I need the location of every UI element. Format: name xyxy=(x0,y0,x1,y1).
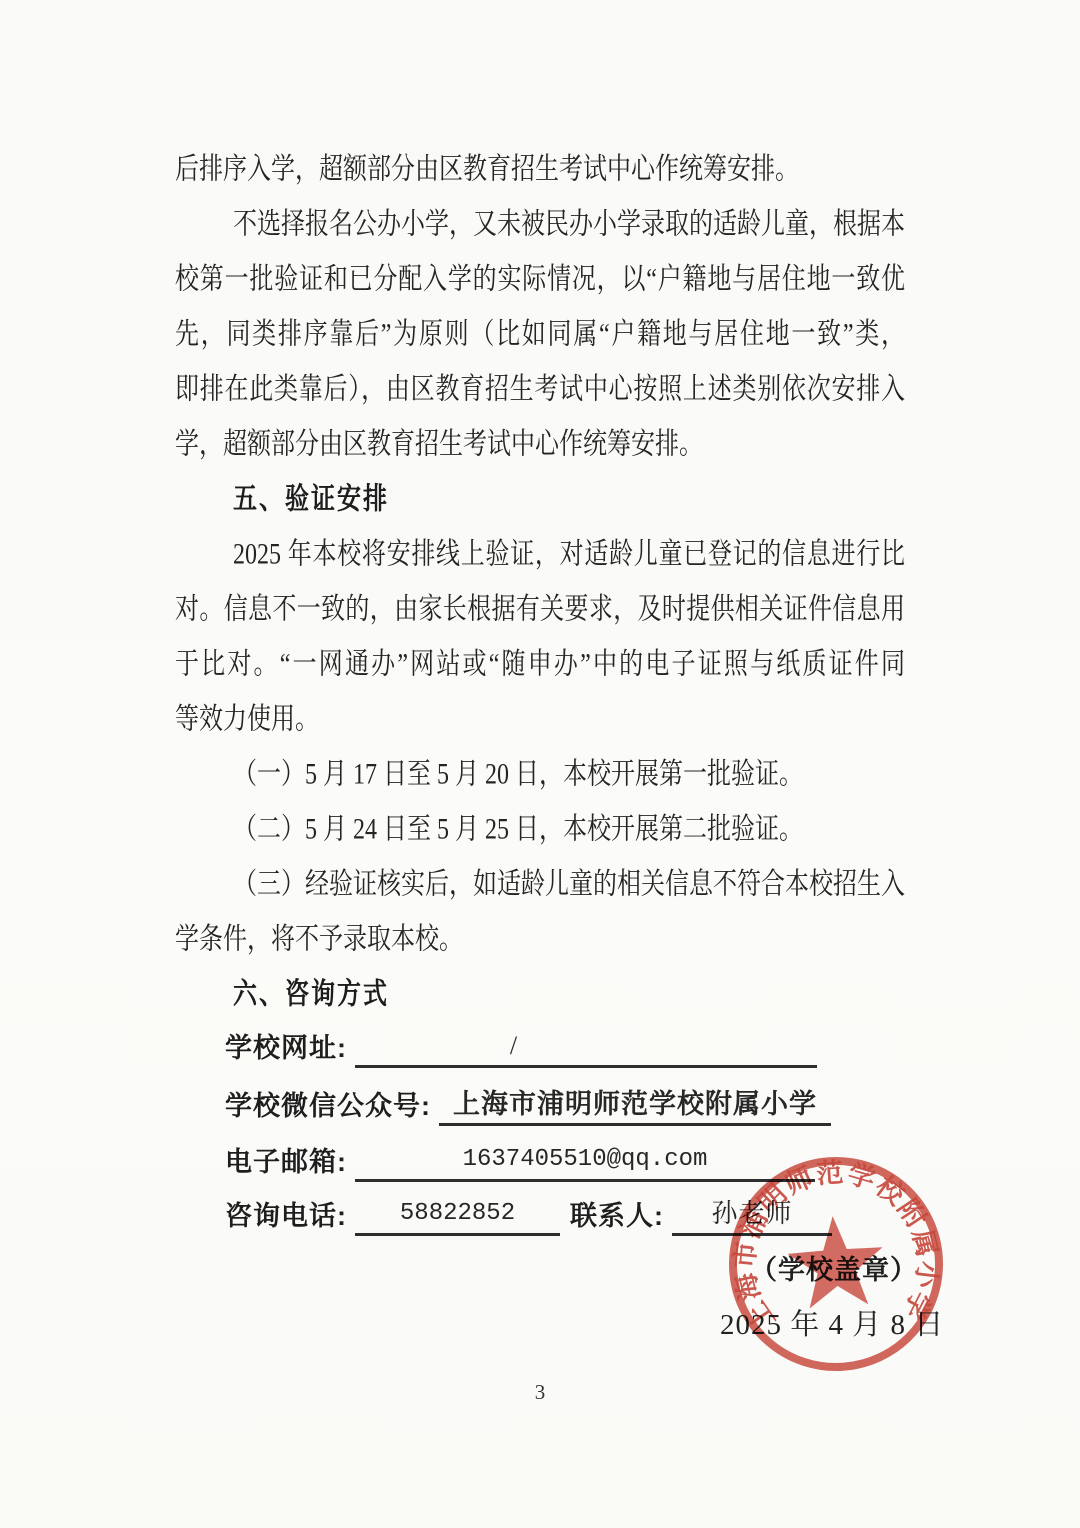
stamp-star-icon xyxy=(785,1213,886,1310)
page-number: 3 xyxy=(0,1380,1080,1405)
scanned-document-page: 后排序入学，超额部分由区教育招生考试中心作统筹安排。 不选择报名公办小学，又未被… xyxy=(0,0,1080,1528)
form-row-website: 学校网址: / xyxy=(225,1022,817,1068)
form-row-wechat: 学校微信公众号: 上海市浦明师范学校附属小学 xyxy=(225,1080,831,1126)
body-text-column: 后排序入学，超额部分由区教育招生考试中心作统筹安排。 不选择报名公办小学，又未被… xyxy=(175,142,905,1022)
website-value: / xyxy=(510,1027,518,1065)
email-value: 1637405510@qq.com xyxy=(463,1141,708,1179)
contact-label: 联系人: xyxy=(570,1196,664,1236)
email-label: 电子邮箱: xyxy=(225,1142,347,1182)
website-label: 学校网址: xyxy=(225,1028,347,1068)
wechat-label: 学校微信公众号: xyxy=(225,1086,431,1126)
wechat-value: 上海市浦明师范学校附属小学 xyxy=(453,1085,817,1123)
school-seal-stamp: 上海市浦明师范学校附属小学 xyxy=(714,1142,957,1385)
website-field: / xyxy=(355,1023,817,1068)
phone-value: 58822852 xyxy=(400,1195,515,1233)
phone-label: 咨询电话: xyxy=(225,1196,347,1236)
phone-field: 58822852 xyxy=(355,1191,560,1236)
wechat-field: 上海市浦明师范学校附属小学 xyxy=(439,1081,831,1126)
